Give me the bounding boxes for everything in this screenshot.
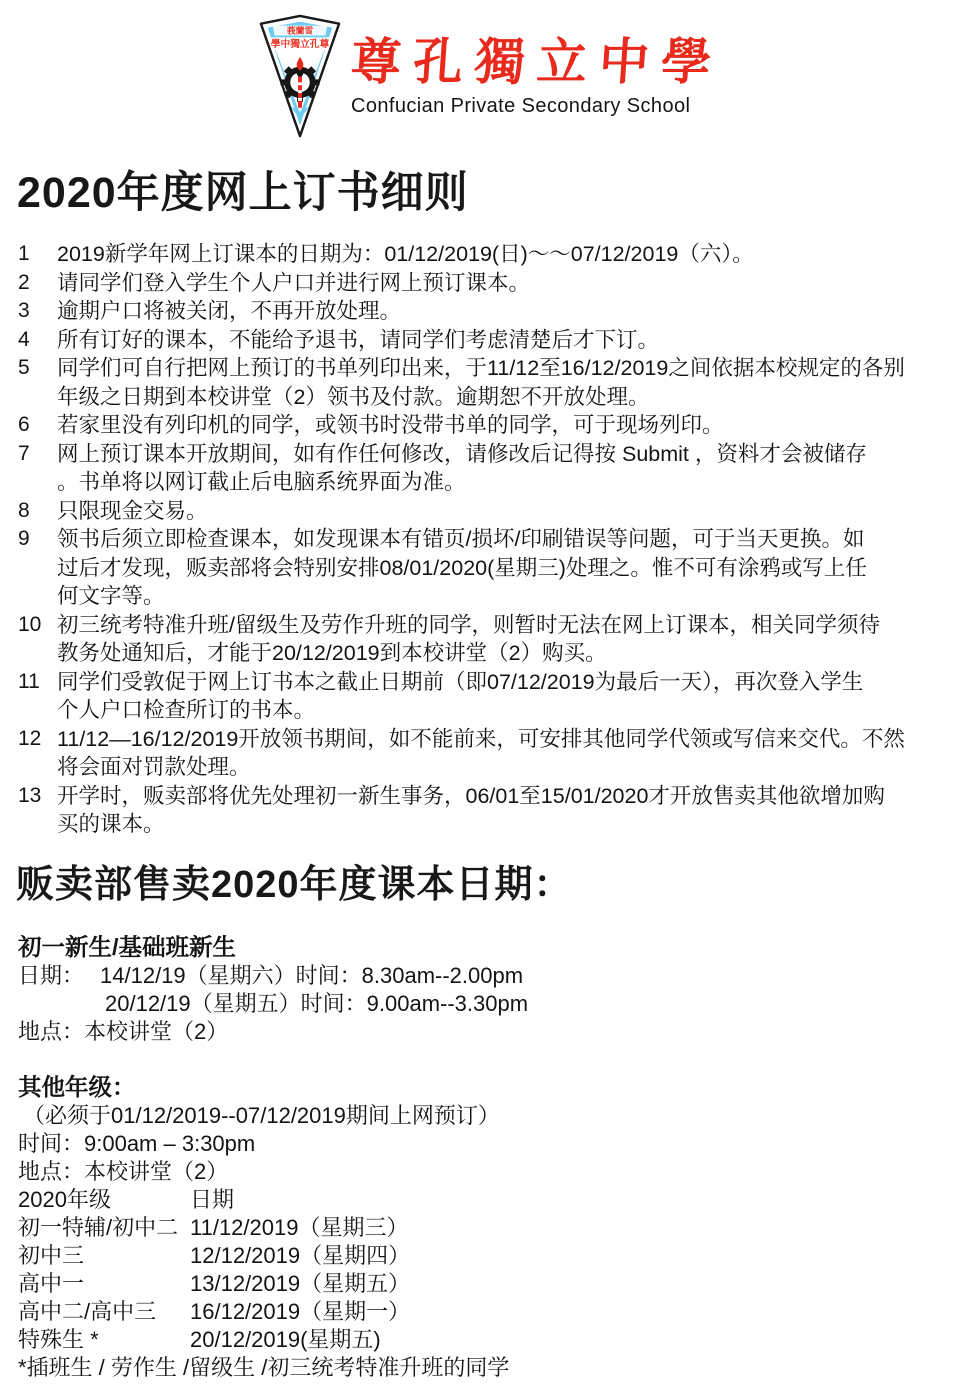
- table-header-row: 2020年级 日期: [18, 1186, 980, 1214]
- rule-item: 7 网上预订课本开放期间，如有作任何修改，请修改后记得按 Submit ，资料才…: [0, 440, 980, 497]
- col-grade-header: 2020年级: [18, 1186, 190, 1214]
- crest-band-text: 學中獨立孔尊: [271, 37, 330, 50]
- rule-item: 8 只限现金交易。: [0, 497, 980, 526]
- school-crest-icon: 莪蘭雪 學中獨立孔尊: [257, 12, 343, 139]
- date-cell: 13/12/2019（星期五）: [190, 1270, 980, 1298]
- school-name-chinese: 尊孔獨立中學: [349, 36, 725, 89]
- table-row: 特殊生 * 20/12/2019(星期五): [18, 1326, 980, 1354]
- rule-number: 12: [0, 725, 57, 754]
- rule-item: 1 2019新学年网上订课本的日期为：01/12/2019(日)～～07/12/…: [0, 240, 980, 269]
- rule-text: 初三统考特准升班/留级生及劳作升班的同学，则暂时无法在网上订课本，相关同学须待 …: [57, 611, 980, 668]
- grade-cell: 高中一: [18, 1270, 190, 1298]
- table-row: 高中二/高中三 16/12/2019（星期一）: [18, 1298, 980, 1326]
- rule-item: 12 11/12—16/12/2019开放领书期间，如不能前来，可安排其他同学代…: [0, 725, 980, 782]
- rule-text: 网上预订课本开放期间，如有作任何修改，请修改后记得按 Submit ，资料才会被…: [57, 440, 980, 497]
- school-name-english: Confucian Private Secondary School: [351, 95, 723, 118]
- rule-text: 领书后须立即检查课本，如发现课本有错页/损坏/印刷错误等问题，可于当天更换。如 …: [57, 525, 980, 611]
- other-grades-section: 其他年级： （必须于01/12/2019--07/12/2019期间上网预订） …: [18, 1072, 980, 1382]
- group1-date-line1: 日期：14/12/19（星期六）时间：8.30am--2.00pm: [18, 962, 980, 990]
- rule-text: 若家里没有列印机的同学，或领书时没带书单的同学，可于现场列印。: [57, 411, 980, 440]
- rule-number: 8: [0, 497, 57, 526]
- grade-cell: 高中二/高中三: [18, 1298, 190, 1326]
- date-cell: 16/12/2019（星期一）: [190, 1298, 980, 1326]
- grade-cell: 初中三: [18, 1242, 190, 1270]
- date-cell: 20/12/2019(星期五): [190, 1326, 980, 1354]
- date-label: 日期：: [18, 963, 84, 988]
- rule-item: 5 同学们可自行把网上预订的书单列印出来，于11/12至16/12/2019之间…: [0, 354, 980, 411]
- group1-venue: 地点：本校讲堂（2）: [18, 1018, 980, 1046]
- grade-cell: 初一特辅/初中二: [18, 1214, 190, 1242]
- rule-item: 3 逾期户口将被关闭，不再开放处理。: [0, 297, 980, 326]
- rule-number: 5: [0, 354, 57, 383]
- rule-number: 4: [0, 326, 57, 355]
- rule-text: 开学时，贩卖部将优先处理初一新生事务，06/01至15/01/2020才开放售卖…: [57, 782, 980, 839]
- rule-number: 13: [0, 782, 57, 811]
- rule-item: 2 请同学们登入学生个人户口并进行网上预订课本。: [0, 269, 980, 298]
- rule-text: 所有订好的课本，不能给予退书，请同学们考虑清楚后才下订。: [57, 326, 980, 355]
- rules-list: 1 2019新学年网上订课本的日期为：01/12/2019(日)～～07/12/…: [0, 240, 980, 839]
- school-names: 尊孔獨立中學 Confucian Private Secondary Schoo…: [351, 12, 723, 118]
- group2-title: 其他年级：: [18, 1072, 980, 1102]
- rule-text: 同学们受敦促于网上订书本之截止日期前（即07/12/2019为最后一天），再次登…: [57, 668, 980, 725]
- rule-text: 同学们可自行把网上预订的书单列印出来，于11/12至16/12/2019之间依据…: [57, 354, 980, 411]
- table-body: 初一特辅/初中二 11/12/2019（星期三） 初中三 12/12/2019（…: [18, 1214, 980, 1354]
- footnote: *插班生 / 劳作生 /留级生 /初三统考特准升班的同学: [18, 1354, 980, 1382]
- crest-top-text: 莪蘭雪: [287, 24, 314, 35]
- rule-item: 10 初三统考特准升班/留级生及劳作升班的同学，则暂时无法在网上订课本，相关同学…: [0, 611, 980, 668]
- group2-time: 时间：9:00am – 3:30pm: [18, 1130, 980, 1158]
- page-title: 2020年度网上订书细则: [17, 159, 980, 220]
- rule-text: 请同学们登入学生个人户口并进行网上预订课本。: [57, 269, 980, 298]
- group1-title: 初一新生/基础班新生: [18, 932, 980, 962]
- group2-venue: 地点：本校讲堂（2）: [18, 1158, 980, 1186]
- rule-number: 10: [0, 611, 57, 640]
- rule-text: 只限现金交易。: [57, 497, 980, 526]
- rule-text: 逾期户口将被关闭，不再开放处理。: [57, 297, 980, 326]
- rule-text: 2019新学年网上订课本的日期为：01/12/2019(日)～～07/12/20…: [57, 240, 980, 269]
- rule-item: 9 领书后须立即检查课本，如发现课本有错页/损坏/印刷错误等问题，可于当天更换。…: [0, 525, 980, 611]
- rule-number: 7: [0, 440, 57, 469]
- col-date-header: 日期: [190, 1186, 980, 1214]
- table-row: 初中三 12/12/2019（星期四）: [18, 1242, 980, 1270]
- grade-date-table: 2020年级 日期 初一特辅/初中二 11/12/2019（星期三） 初中三 1…: [18, 1186, 980, 1354]
- rule-number: 3: [0, 297, 57, 326]
- rule-number: 6: [0, 411, 57, 440]
- table-row: 高中一 13/12/2019（星期五）: [18, 1270, 980, 1298]
- notice-page: 莪蘭雪 學中獨立孔尊: [0, 0, 980, 1386]
- rule-number: 1: [0, 240, 57, 269]
- date-cell: 12/12/2019（星期四）: [190, 1242, 980, 1270]
- rule-number: 11: [0, 668, 57, 697]
- junior-one-newstudents-section: 初一新生/基础班新生 日期：14/12/19（星期六）时间：8.30am--2.…: [18, 932, 980, 1046]
- sales-section-heading: 贩卖部售卖2020年度课本日期：: [16, 853, 980, 908]
- school-header: 莪蘭雪 學中獨立孔尊: [0, 0, 980, 139]
- date-cell: 11/12/2019（星期三）: [190, 1214, 980, 1242]
- rule-item: 11 同学们受敦促于网上订书本之截止日期前（即07/12/2019为最后一天），…: [0, 668, 980, 725]
- rule-text: 11/12—16/12/2019开放领书期间，如不能前来，可安排其他同学代领或写…: [57, 725, 980, 782]
- date1-value: 14/12/19（星期六）时间：8.30am--2.00pm: [100, 963, 523, 988]
- grade-cell: 特殊生 *: [18, 1326, 190, 1354]
- rule-item: 13 开学时，贩卖部将优先处理初一新生事务，06/01至15/01/2020才开…: [0, 782, 980, 839]
- group2-note: （必须于01/12/2019--07/12/2019期间上网预订）: [18, 1102, 980, 1130]
- rule-item: 6 若家里没有列印机的同学，或领书时没带书单的同学，可于现场列印。: [0, 411, 980, 440]
- rule-number: 2: [0, 269, 57, 298]
- rule-number: 9: [0, 525, 57, 554]
- rule-item: 4 所有订好的课本，不能给予退书，请同学们考虑清楚后才下订。: [0, 326, 980, 355]
- table-row: 初一特辅/初中二 11/12/2019（星期三）: [18, 1214, 980, 1242]
- group1-date-line2: 20/12/19（星期五）时间：9.00am--3.30pm: [105, 990, 980, 1018]
